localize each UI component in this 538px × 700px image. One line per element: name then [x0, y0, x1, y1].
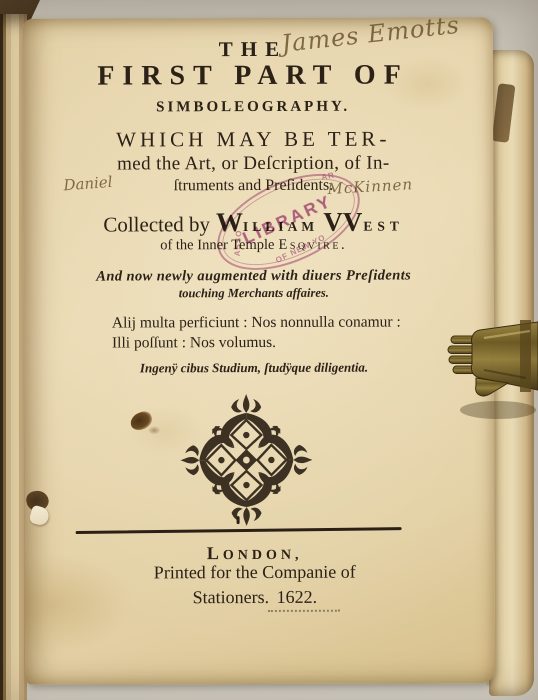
imprint-city-initial: L [207, 543, 223, 563]
brass-clasp-icon [446, 318, 538, 430]
augment-line-2: touching Merchants affaires. [54, 285, 454, 301]
title-page: James Emotts THE FIRST PART OF SIMBOLEOG… [23, 17, 495, 685]
epigraph: Ingenÿ cibus Studium, ſtudÿque diligenti… [54, 359, 454, 376]
latin-motto: Alij multa perficiunt : Nos nonnulla con… [112, 312, 462, 353]
subtitle-line-2: med the Art, or Deſcription, of In- [53, 152, 453, 175]
imprint-year: Stationers. 1622. [55, 586, 455, 608]
ink-stain-small [148, 426, 160, 434]
page-tear [24, 485, 54, 529]
motto-line-2: Illi poſſunt : Nos volumus. [112, 332, 462, 353]
title-first-part: FIRST PART OF [53, 59, 453, 92]
book-photograph: James Emotts THE FIRST PART OF SIMBOLEOG… [0, 0, 538, 700]
handwritten-name-left: Daniel [63, 173, 113, 195]
year-underline-mark [268, 610, 340, 612]
augment-line-1: And now newly augmented with diuers Preſ… [54, 267, 454, 285]
tear-paper-flap [28, 505, 50, 527]
motto-line-1: Alij multa perficiunt : Nos nonnulla con… [112, 312, 462, 333]
title-simboleography: SIMBOLEOGRAPHY. [53, 98, 453, 116]
byline-collected-by: Collected by [103, 212, 210, 236]
printer-ornament-icon [170, 390, 322, 531]
horizontal-rule [76, 527, 402, 534]
subtitle-line-1: WHICH MAY BE TER- [53, 126, 453, 152]
imprint-city-rest: ONDON, [223, 548, 303, 563]
rule-center-mark [237, 516, 240, 524]
imprint-publisher: Printed for the Companie of [55, 561, 455, 583]
